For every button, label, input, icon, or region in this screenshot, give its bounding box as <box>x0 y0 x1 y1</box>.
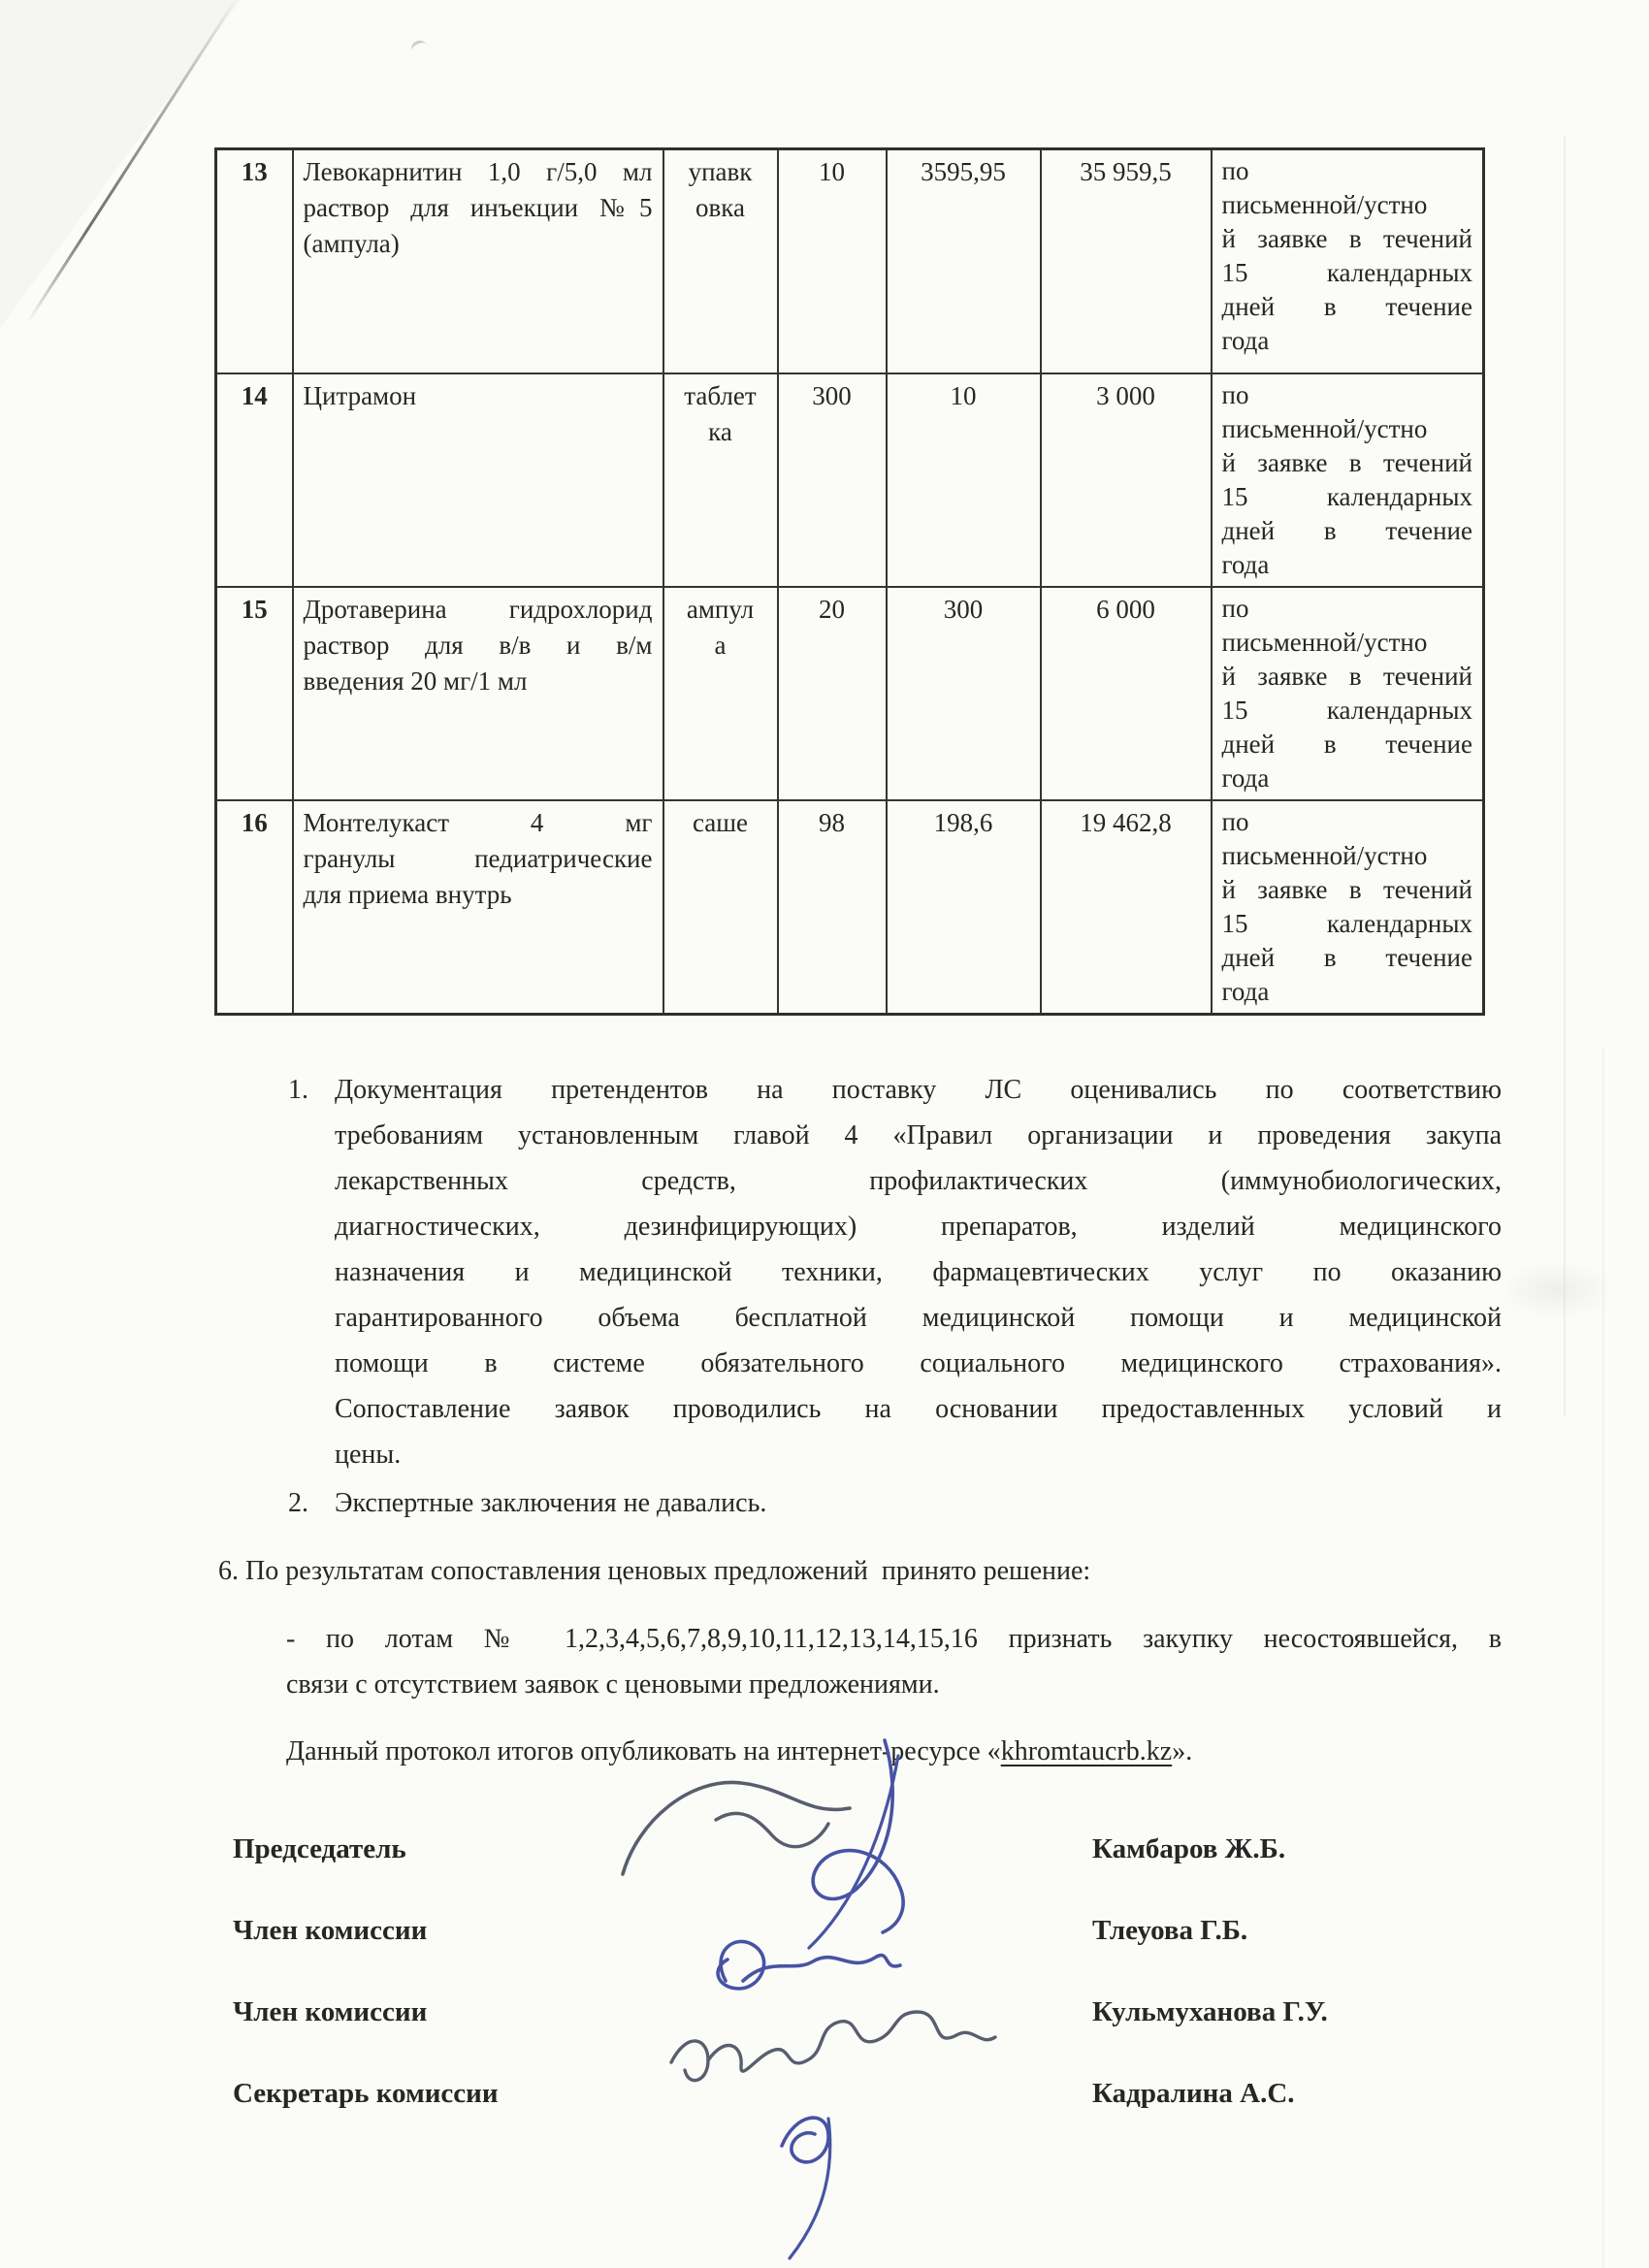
total-sum-cell: 6 000 <box>1041 587 1212 800</box>
unit-cell: ампул а <box>663 587 778 800</box>
paragraph-line: помощи в системе обязательного социально… <box>335 1341 1502 1386</box>
paragraph-line: диагностических, дезинфицирующих) препар… <box>335 1204 1502 1249</box>
terms-line: года <box>1222 975 1473 1009</box>
terms-line: 15 календарных <box>1222 256 1473 290</box>
drug-name-cell: Монтелукаст 4 мг гранулы педиатрические … <box>293 800 663 1015</box>
terms-line: года <box>1222 324 1473 358</box>
drug-name-cell: Левокарнитин 1,0 г/5,0 мл раствор для ин… <box>293 149 663 373</box>
unit-cell: саше <box>663 800 778 1015</box>
signature-stroke-member-1 <box>718 1941 764 1989</box>
terms-line: й заявке в течений <box>1222 660 1473 694</box>
unit-line: ка <box>674 414 767 450</box>
list-item-2-number: 2. <box>288 1480 308 1526</box>
total-sum-cell: 3 000 <box>1041 373 1212 587</box>
terms-line: по <box>1222 154 1473 188</box>
terms-line: письменной/устно <box>1222 626 1473 660</box>
section-6-heading: 6. По результатам сопоставления ценовых … <box>218 1548 1508 1594</box>
signature-stroke-chairman <box>716 1813 828 1846</box>
terms-line: 15 календарных <box>1222 480 1473 514</box>
terms-line: й заявке в течений <box>1222 873 1473 907</box>
delivery-terms-cell: по письменной/устно й заявке в течений 1… <box>1212 587 1484 800</box>
unit-price-cell: 3595,95 <box>887 149 1041 373</box>
unit-cell: таблет ка <box>663 373 778 587</box>
drug-name-line: гранулы педиатрические <box>304 841 653 877</box>
drug-name-line: для приема внутрь <box>304 877 653 913</box>
signature-role-member-1: Член комиссии <box>233 1913 427 1948</box>
terms-line: письменной/устно <box>1222 412 1473 446</box>
row-number-cell: 16 <box>216 800 293 1015</box>
unit-line: саше <box>674 805 767 841</box>
terms-line: письменной/устно <box>1222 839 1473 873</box>
scanned-protocol-document: { "page": { "background": "#fbfbf8", "in… <box>0 0 1649 2268</box>
unit-price-cell: 300 <box>887 587 1041 800</box>
paragraph-line: - по лотам № 1,2,3,4,5,6,7,8,9,10,11,12,… <box>286 1616 1502 1662</box>
unit-price-cell: 198,6 <box>887 800 1041 1015</box>
row-number-cell: 14 <box>216 373 293 587</box>
unit-line: упавк <box>674 154 767 190</box>
list-item-1-number: 1. <box>288 1067 308 1113</box>
terms-line: по <box>1222 592 1473 626</box>
signature-stroke-secretary <box>782 2118 828 2162</box>
quantity-cell: 300 <box>778 373 887 587</box>
row-number-cell: 15 <box>216 587 293 800</box>
quantity-cell: 98 <box>778 800 887 1015</box>
unit-cell: упавк овка <box>663 149 778 373</box>
signature-name-kadralina: Кадралина А.С. <box>1092 2076 1295 2111</box>
drug-name-line: Монтелукаст 4 мг <box>304 805 653 841</box>
signature-stroke-member-2 <box>708 2012 995 2071</box>
handwritten-signatures <box>563 1727 1106 2266</box>
table-row-16: 16 Монтелукаст 4 мг гранулы педиатрическ… <box>216 800 1484 1015</box>
unit-line: таблет <box>674 378 767 414</box>
signature-name-kambarov: Камбаров Ж.Б. <box>1092 1831 1285 1866</box>
paragraph-line: связи с отсутствием заявок с ценовыми пр… <box>286 1662 1502 1707</box>
quantity-cell: 10 <box>778 149 887 373</box>
drug-name-line: Дротаверина гидрохлорид <box>304 592 653 628</box>
terms-line: года <box>1222 761 1473 795</box>
list-item-2-text: Экспертные заключения не давались. <box>335 1480 1502 1526</box>
unit-line: а <box>674 628 767 664</box>
signature-stroke-chairman <box>623 1782 850 1874</box>
terms-line: года <box>1222 548 1473 582</box>
terms-line: 15 календарных <box>1222 907 1473 941</box>
row-number: 13 <box>227 154 282 190</box>
terms-line: дней в течение <box>1222 290 1473 324</box>
terms-line: дней в течение <box>1222 728 1473 761</box>
signature-name-tleuova: Тлеуова Г.Б. <box>1092 1913 1247 1948</box>
drug-name-line: раствор для в/в и в/м <box>304 628 653 664</box>
paragraph-line: лекарственных средств, профилактических … <box>335 1158 1502 1204</box>
lots-decision-paragraph: - по лотам № 1,2,3,4,5,6,7,8,9,10,11,12,… <box>286 1616 1502 1707</box>
unit-line: овка <box>674 190 767 226</box>
drug-name-cell: Дротаверина гидрохлорид раствор для в/в … <box>293 587 663 800</box>
total-sum-cell: 19 462,8 <box>1041 800 1212 1015</box>
paragraph-line: гарантированного объема бесплатной медиц… <box>335 1295 1502 1341</box>
signature-stroke-member-2 <box>671 2041 708 2081</box>
paragraph-line: Сопоставление заявок проводились на осно… <box>335 1386 1502 1432</box>
signature-role-chairman: Председатель <box>233 1831 406 1866</box>
terms-line: й заявке в течений <box>1222 222 1473 256</box>
paragraph-line: цены. <box>335 1432 1502 1477</box>
stray-pen-mark <box>409 38 429 56</box>
paragraph-line: назначения и медицинской техники, фармац… <box>335 1249 1502 1295</box>
table-row-14: 14 Цитрамон таблет ка 300 10 3 000 по пи… <box>216 373 1484 587</box>
drug-name-line: раствор для инъекции №5 <box>304 190 653 226</box>
row-number: 14 <box>227 378 282 414</box>
terms-line: й заявке в течений <box>1222 446 1473 480</box>
terms-line: дней в течение <box>1222 514 1473 548</box>
drug-name-line: введения 20 мг/1 мл <box>304 664 653 699</box>
paragraph-line: требованиям установленным главой 4 «Прав… <box>335 1113 1502 1158</box>
signature-stroke-chairman <box>813 1740 903 1932</box>
drug-name-line: Цитрамон <box>304 378 653 414</box>
total-sum-cell: 35 959,5 <box>1041 149 1212 373</box>
scanner-streak <box>1602 1048 1604 2268</box>
terms-line: по <box>1222 378 1473 412</box>
terms-line: по <box>1222 805 1473 839</box>
publish-text-suffix: ». <box>1172 1736 1192 1766</box>
drug-name-line: (ампула) <box>304 226 653 262</box>
unit-price-cell: 10 <box>887 373 1041 587</box>
table-row-15: 15 Дротаверина гидрохлорид раствор для в… <box>216 587 1484 800</box>
paragraph-line: Документация претендентов на поставку ЛС… <box>335 1067 1502 1113</box>
scan-smudge <box>1499 1261 1615 1319</box>
terms-line: письменной/устно <box>1222 188 1473 222</box>
unit-line: ампул <box>674 592 767 628</box>
delivery-terms-cell: по письменной/устно й заявке в течений 1… <box>1212 373 1484 587</box>
quantity-cell: 20 <box>778 587 887 800</box>
scanner-streak <box>1564 136 1566 1416</box>
row-number-cell: 13 <box>216 149 293 373</box>
table-row-13: 13 Левокарнитин 1,0 г/5,0 мл раствор для… <box>216 149 1484 373</box>
row-number: 15 <box>227 592 282 628</box>
terms-line: 15 календарных <box>1222 694 1473 728</box>
delivery-terms-cell: по письменной/устно й заявке в течений 1… <box>1212 800 1484 1015</box>
signature-role-member-2: Член комиссии <box>233 1994 427 2029</box>
list-item-1-paragraph: Документация претендентов на поставку ЛС… <box>335 1067 1502 1477</box>
delivery-terms-cell: по письменной/устно й заявке в течений 1… <box>1212 149 1484 373</box>
drug-name-cell: Цитрамон <box>293 373 663 587</box>
terms-line: дней в течение <box>1222 941 1473 975</box>
signature-stroke-member-1 <box>743 1956 900 1981</box>
signature-role-secretary: Секретарь комиссии <box>233 2076 499 2111</box>
row-number: 16 <box>227 805 282 841</box>
signature-name-kulmukhanova: Кульмуханова Г.У. <box>1092 1994 1328 2029</box>
medications-table: 13 Левокарнитин 1,0 г/5,0 мл раствор для… <box>214 147 1485 1016</box>
drug-name-line: Левокарнитин 1,0 г/5,0 мл <box>304 154 653 190</box>
